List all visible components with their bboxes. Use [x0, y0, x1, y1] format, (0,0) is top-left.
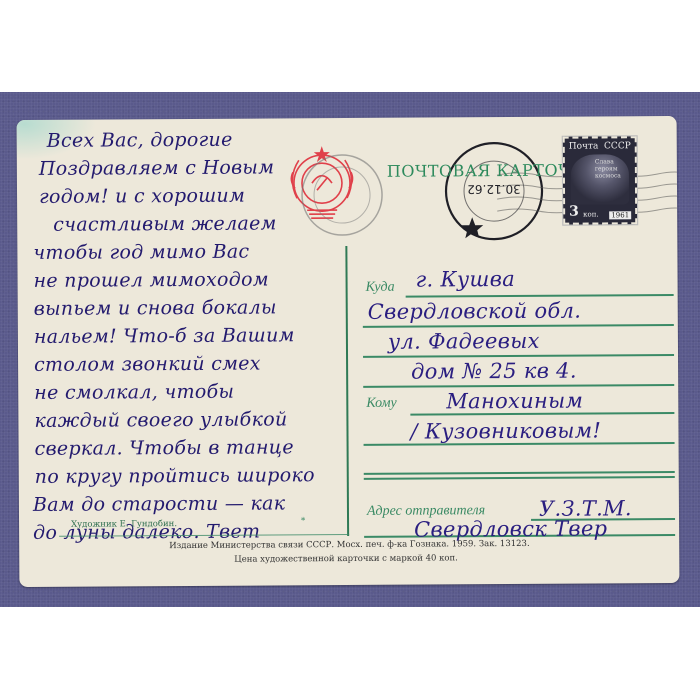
- message-line: Поздравляем с Новым: [39, 156, 274, 179]
- sender-line: Свердловск Твер: [414, 516, 607, 541]
- price-imprint: Цена художественной карточки с маркой 40…: [234, 553, 458, 564]
- message-line: не смолкал, чтобы: [34, 381, 234, 404]
- message-line: чтобы год мимо Вас: [33, 241, 249, 264]
- address-line: ул. Фадеевых: [388, 329, 540, 354]
- artist-credit: Художник Е. Гундобин.: [71, 519, 177, 530]
- message-line: годом! и с хорошим: [39, 185, 245, 208]
- stamp-service: Почта: [569, 141, 599, 151]
- address-rule: [363, 354, 674, 357]
- message-line: по кругу пройтись широко: [35, 464, 315, 488]
- stamp-value: 3: [569, 204, 579, 220]
- message-line: нальем! Что-б за Вашим: [34, 324, 295, 348]
- message-line: счастливым желаем: [53, 212, 277, 235]
- message-line: каждый своего улыбкой: [34, 408, 287, 432]
- address-line: г. Кушва: [415, 267, 515, 292]
- label-to-whom: Кому: [366, 396, 396, 412]
- address-line: Свердловской обл.: [368, 299, 582, 324]
- asterisk-icon: *: [301, 516, 305, 526]
- address-rule: [363, 384, 674, 387]
- message-line: Вам до старости — как: [33, 492, 286, 516]
- label-to-where: Куда: [366, 280, 395, 296]
- stamp-unit: коп.: [583, 210, 599, 218]
- postcard: 30.12.62 ПОЧТОВАЯ КАРТОЧКА Почта СССР Сл…: [17, 116, 680, 587]
- message-line: сверкал. Чтобы в танце: [35, 436, 294, 460]
- address-rule: [364, 471, 675, 474]
- address-rule: [406, 294, 674, 297]
- publisher-imprint: Издание Министерства связи СССР. Мосх. п…: [169, 539, 530, 551]
- message-line: не прошел мимоходом: [33, 268, 268, 291]
- address-rule: [364, 476, 675, 479]
- message-line: Всех Вас, дорогие: [47, 129, 233, 152]
- message-line: выпьем и снова бокалы: [34, 296, 277, 319]
- vertical-divider: [345, 246, 349, 536]
- stamp-country: СССР: [604, 141, 631, 151]
- stamp-caption: Слава героям космоса: [595, 158, 635, 179]
- address-rule: [363, 324, 674, 327]
- stamp-year: 1961: [609, 211, 631, 219]
- recipient-line: Манохиным: [446, 389, 583, 414]
- message-line: столом звонкий смех: [34, 353, 261, 376]
- recipient-line: / Кузовниковым!: [410, 418, 601, 443]
- postage-stamp: Почта СССР Слава героям космоса 3 коп. 1…: [563, 136, 638, 224]
- postmark-sverdlovsk-icon: [297, 150, 388, 241]
- address-line: дом № 25 кв 4.: [411, 359, 577, 384]
